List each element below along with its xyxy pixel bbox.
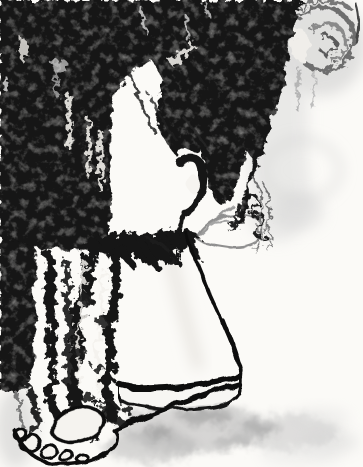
artwork-page [0, 0, 363, 467]
artwork-frame [0, 0, 363, 467]
artwork-canvas [0, 0, 363, 467]
left-dark-column [0, 238, 38, 392]
